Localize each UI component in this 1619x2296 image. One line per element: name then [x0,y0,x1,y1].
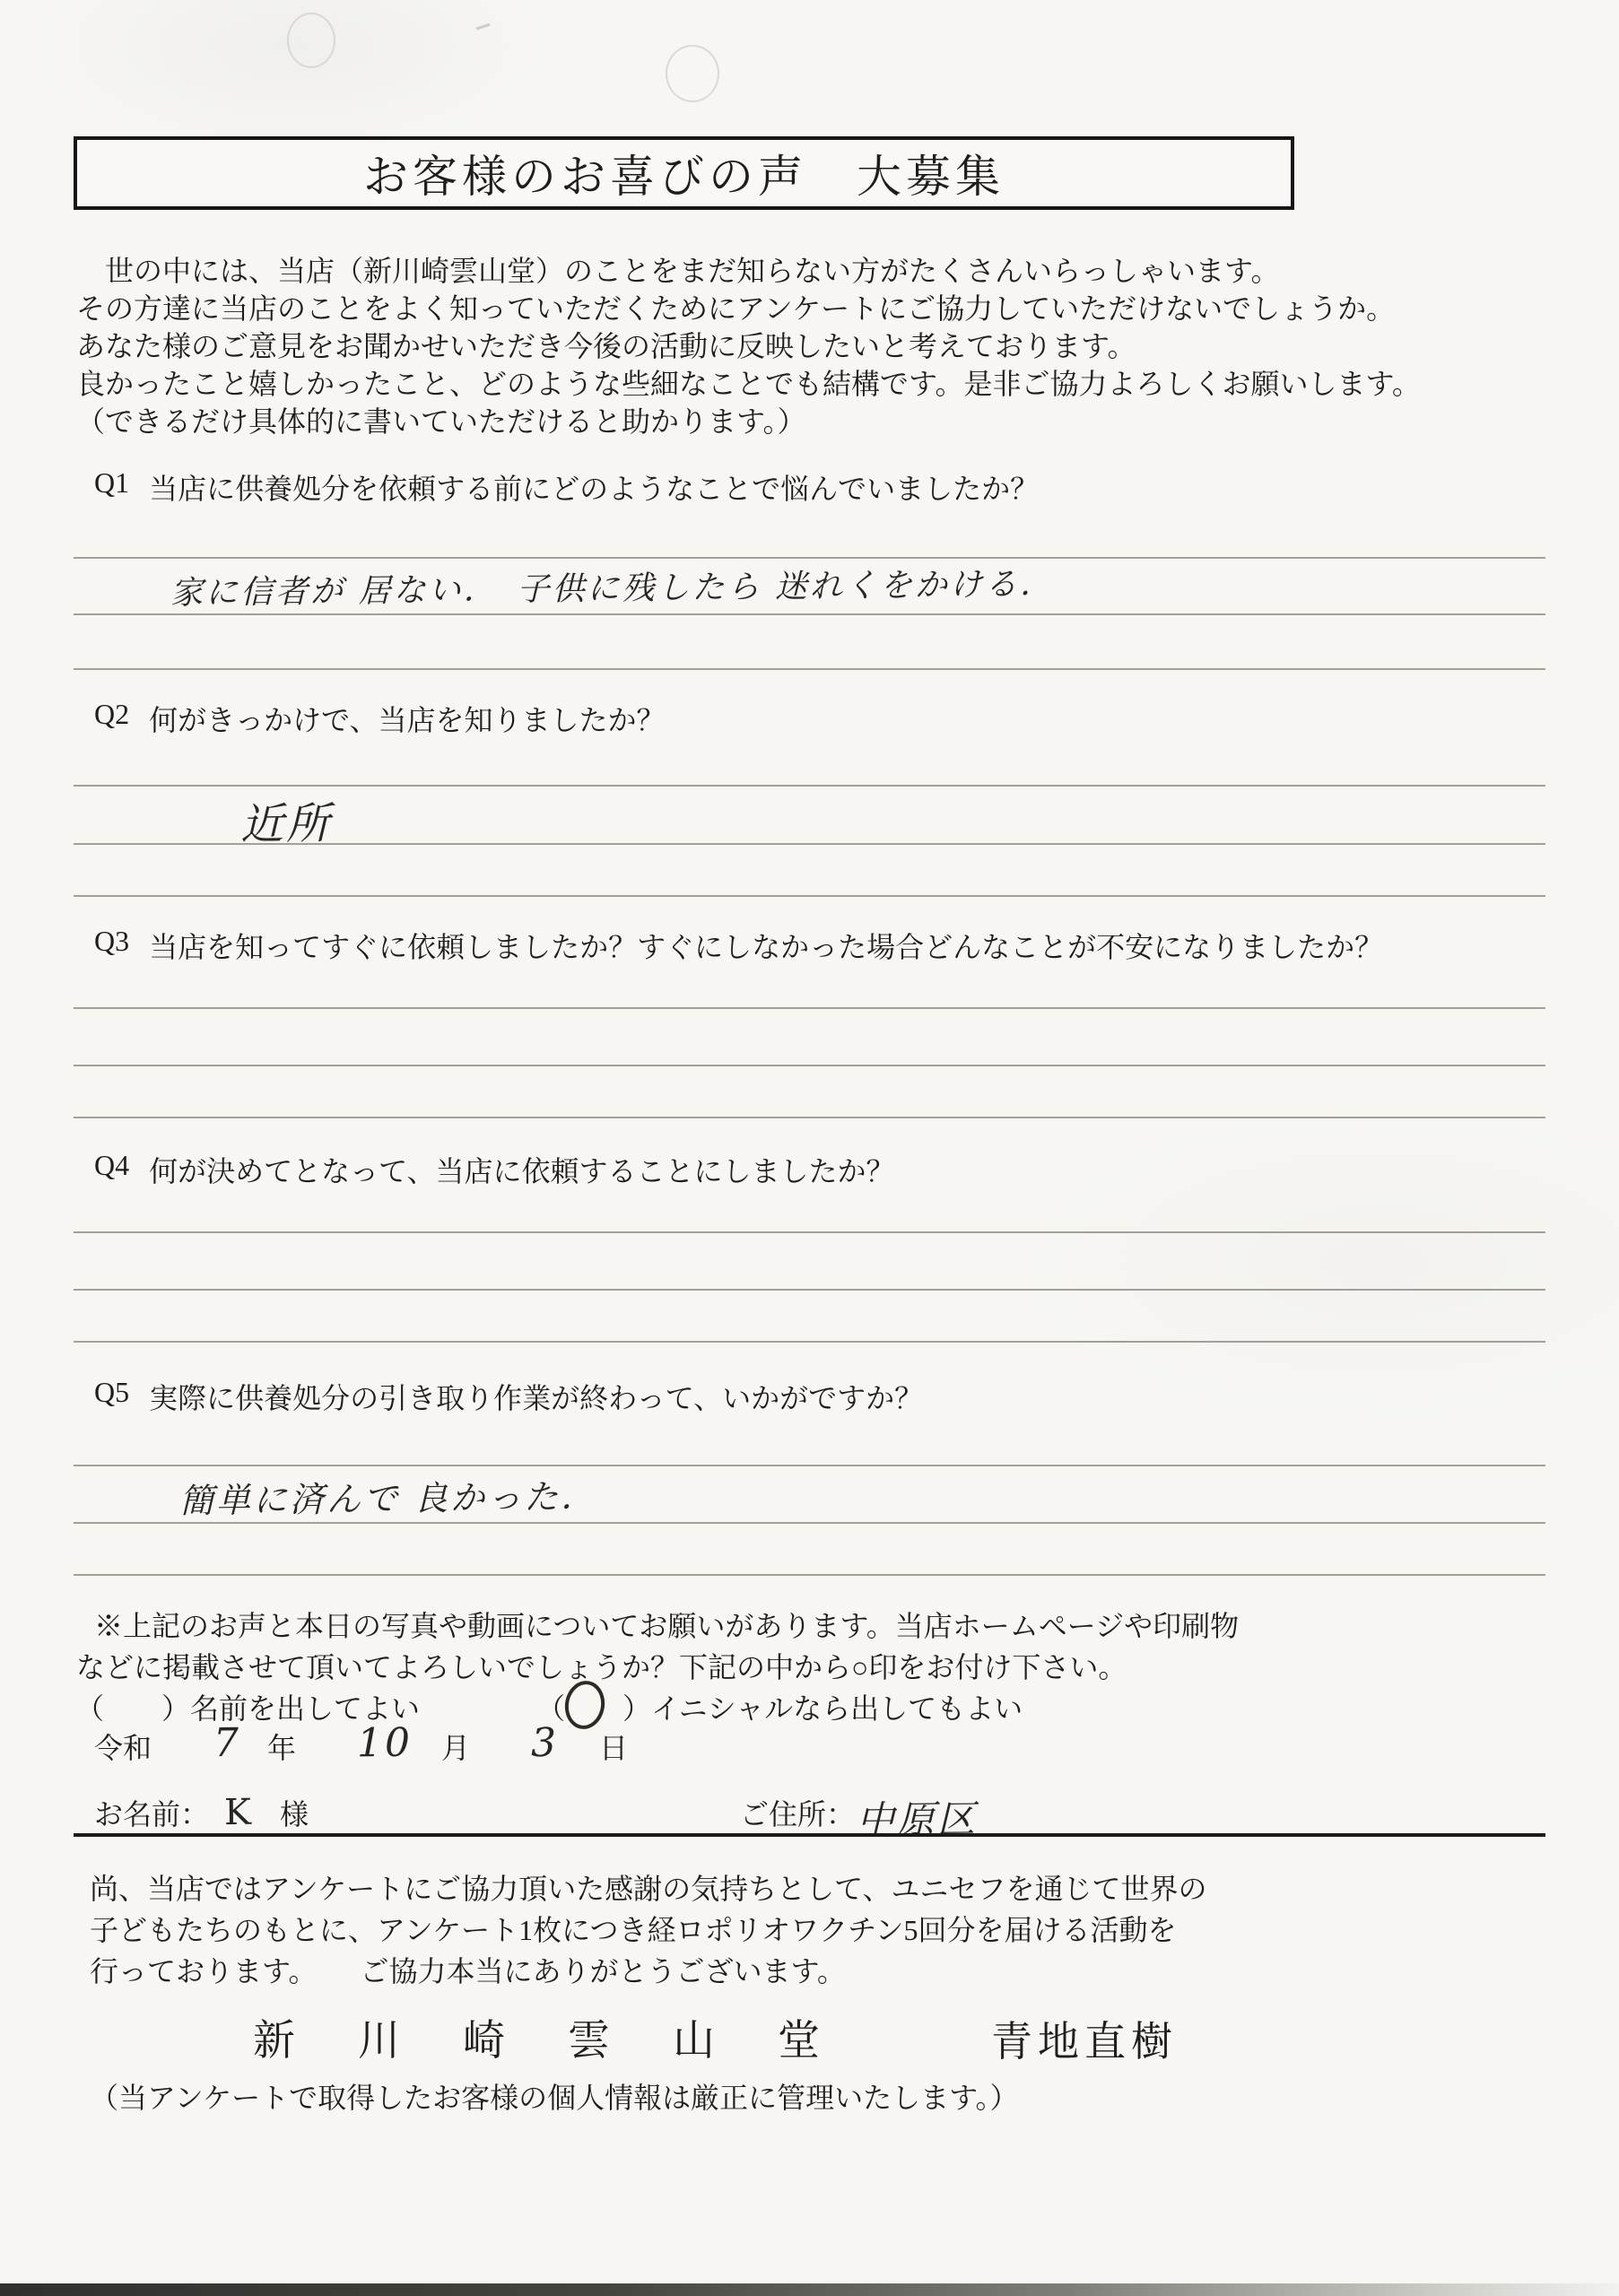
answer-line [74,1465,1545,1466]
answer-line [74,785,1545,787]
answer-line [74,613,1545,615]
question-q5: Q5 実際に供養処分の引き取り作業が終わって、いかがですか？ [94,1376,923,1417]
date-month-handwriting: 10 [357,1720,413,1767]
question-q2-text: 何がきっかけで、当店を知りましたか？ [149,698,665,739]
answer-line [74,1341,1545,1343]
closing-line: 尚、当店ではアンケートにご協力頂いた感謝の気持ちとして、ユニセフを通じて世界の [90,1868,1206,1909]
scan-edge-artifact [0,2283,1619,2296]
answer-line [74,1522,1545,1524]
question-q4-label: Q4 [94,1149,129,1190]
permission-note-line2: などに掲載させて頂いてよろしいでしょうか？下記の中から○印をお付け下さい。 [76,1648,1127,1686]
question-q3-label: Q3 [94,925,129,966]
question-q2: Q2 何がきっかけで、当店を知りましたか？ [94,698,665,739]
address-label: ご住所： [740,1796,855,1833]
name-honorific: 様 [280,1796,309,1833]
date-year-handwriting: 7 [213,1720,242,1766]
closing-line: 子どもたちのもとに、アンケート1枚につき経ロポリオワクチン5回分を届ける活動を [90,1909,1206,1951]
answer-line [74,1117,1545,1118]
question-q1: Q1 当店に供養処分を依頼する前にどのようなことで悩んでいましたか？ [94,466,1039,508]
answer-line [74,1231,1545,1233]
intro-line: あなた様のご意見をお聞かせいただき今後の活動に反映したいと考えております。 [76,327,1421,365]
date-year-unit: 年 [267,1729,296,1767]
answer-line [74,1574,1545,1576]
answer-line [74,1289,1545,1291]
intro-line: 世の中には、当店（新川崎雲山堂）のことをまだ知らない方がたくさんいらっしゃいます… [76,252,1421,290]
signature-underline [74,1833,1545,1837]
question-q3-text: 当店を知ってすぐに依頼しましたか？すぐにしなかった場合どんなことが不安になりまし… [149,925,1383,966]
title-box: お客様のお喜びの声 大募集 [74,136,1294,210]
page-title: お客様のお喜びの声 大募集 [363,141,1005,205]
date-era-label: 令和 [94,1729,152,1767]
closing-paragraph: 尚、当店ではアンケートにご協力頂いた感謝の気持ちとして、ユニセフを通じて世界の … [90,1868,1206,1992]
intro-paragraph: 世の中には、当店（新川崎雲山堂）のことをまだ知らない方がたくさんいらっしゃいます… [76,252,1421,440]
representative-name: 青地直樹 [991,2009,1178,2068]
permission-option-initial: （ ）イニシャルなら出してもよい [536,1690,1023,1727]
question-q4: Q4 何が決めてとなって、当店に依頼することにしましたか？ [94,1149,894,1190]
question-q1-label: Q1 [94,466,129,508]
question-q5-text: 実際に供養処分の引き取り作業が終わって、いかがですか？ [149,1376,923,1417]
answer-line [74,557,1545,559]
scan-artifact-circle [287,13,335,68]
name-label: お名前： [94,1796,209,1833]
q1-answer-handwriting: 家に信者が 居ない． 子供に残したら 迷れくをかける． [170,559,1055,613]
intro-line: （できるだけ具体的に書いていただけると助かります。） [76,403,1421,440]
closing-line: 行っております。 ご協力本当にありがとうございます。 [90,1951,1206,1992]
answer-line [74,1007,1545,1009]
permission-note-line1: ※上記のお声と本日の写真や動画についてお願いがあります。当店ホームページや印刷物 [94,1607,1239,1645]
answer-line [74,668,1545,670]
date-month-unit: 月 [441,1729,470,1767]
scan-artifact-mark [476,23,493,38]
privacy-note: （当アンケートで取得したお客様の個人情報は厳正に管理いたします。） [90,2079,1019,2117]
q5-answer-handwriting: 簡単に済んで 良かった． [179,1469,598,1523]
date-day-unit: 日 [599,1729,628,1767]
scanned-survey-page: お客様のお喜びの声 大募集 世の中には、当店（新川崎雲山堂）のことをまだ知らない… [0,0,1619,2296]
answer-line [74,1065,1545,1066]
intro-line: その方達に当店のことをよく知っていただくためにアンケートにご協力していただけない… [76,290,1421,327]
question-q3: Q3 当店を知ってすぐに依頼しましたか？すぐにしなかった場合どんなことが不安にな… [94,925,1383,966]
answer-line [74,843,1545,845]
question-q1-text: 当店に供養処分を依頼する前にどのようなことで悩んでいましたか？ [149,466,1039,508]
answer-line [74,895,1545,897]
intro-line: 良かったこと嬉しかったこと、どのような些細なことでも結構です。是非ご協力よろしく… [76,365,1421,403]
question-q5-label: Q5 [94,1376,129,1417]
question-q4-text: 何が決めてとなって、当店に依頼することにしましたか？ [149,1149,894,1190]
question-q2-label: Q2 [94,698,129,739]
company-name: 新川崎雲山堂 [253,2007,883,2067]
name-value-handwriting: K [224,1792,254,1833]
date-day-handwriting: 3 [531,1720,560,1766]
scan-artifact-circle [666,45,719,102]
